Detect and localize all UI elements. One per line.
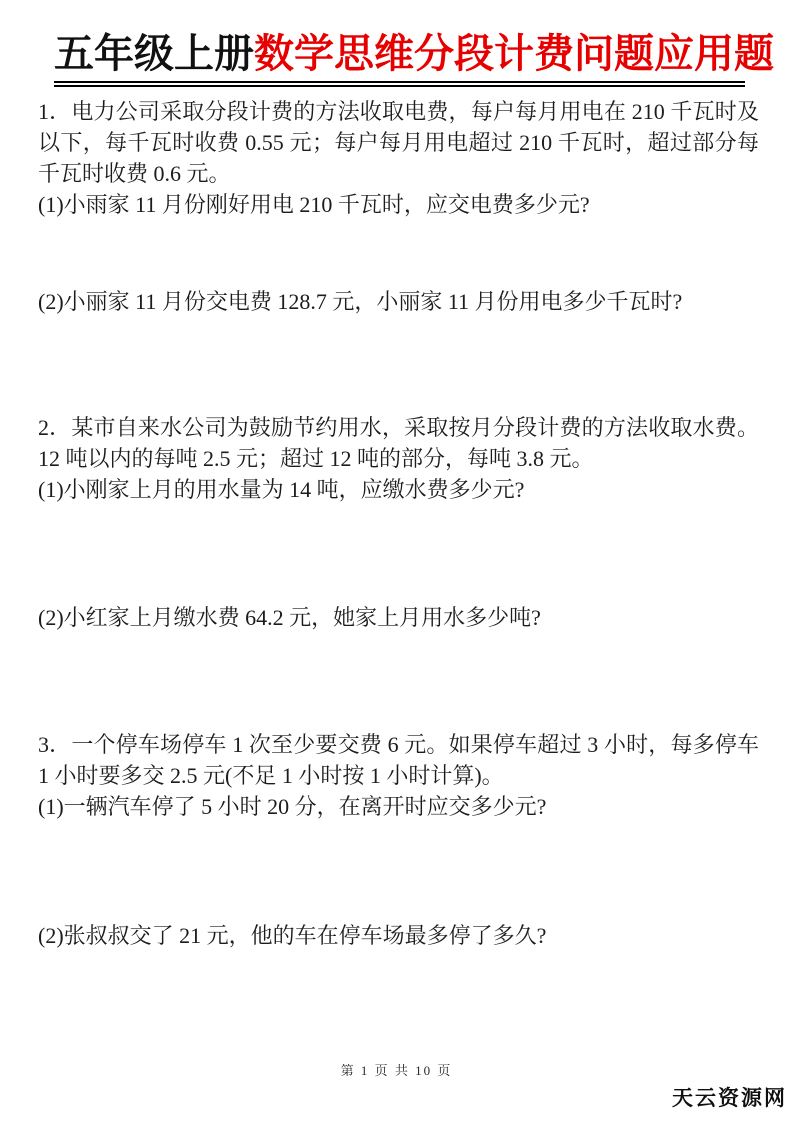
worksheet-page: 五年级上册数学思维分段计费问题应用题 1．电力公司采取分段计费的方法收取电费，每… [0,0,793,1122]
problem-1-question-2: (2)小丽家 11 月份交电费 128.7 元，小丽家 11 月份用电多少千瓦时… [38,286,759,317]
watermark-site-name: 天云资源网 [672,1082,787,1112]
problem-3: 3．一个停车场停车 1 次至少要交费 6 元。如果停车超过 3 小时，每多停车 … [38,729,759,822]
problem-2-question-1: (1)小刚家上月的用水量为 14 吨，应缴水费多少元? [38,474,759,505]
problem-1-stem: 1．电力公司采取分段计费的方法收取电费，每户每月用电在 210 千瓦时及以下，每… [38,96,759,189]
problem-1-question-1: (1)小雨家 11 月份刚好用电 210 千瓦时，应交电费多少元? [38,189,759,220]
page-title: 五年级上册数学思维分段计费问题应用题 [54,32,745,87]
page-number-footer: 第 1 页 共 10 页 [0,1060,793,1079]
title-grade-part: 五年级上册 [54,31,254,76]
title-topic-part: 数学思维分段计费问题应用题 [254,31,774,76]
problem-2-question-2: (2)小红家上月缴水费 64.2 元，她家上月用水多少吨? [38,602,759,633]
problem-2: 2．某市自来水公司为鼓励节约用水，采取按月分段计费的方法收取水费。12 吨以内的… [38,412,759,505]
problem-1: 1．电力公司采取分段计费的方法收取电费，每户每月用电在 210 千瓦时及以下，每… [38,96,759,220]
problem-3-question-2: (2)张叔叔交了 21 元，他的车在停车场最多停了多久? [38,920,759,951]
problem-3-stem: 3．一个停车场停车 1 次至少要交费 6 元。如果停车超过 3 小时，每多停车 … [38,729,759,791]
problem-2-stem: 2．某市自来水公司为鼓励节约用水，采取按月分段计费的方法收取水费。12 吨以内的… [38,412,759,474]
problem-3-question-1: (1)一辆汽车停了 5 小时 20 分，在离开时应交多少元? [38,791,759,822]
